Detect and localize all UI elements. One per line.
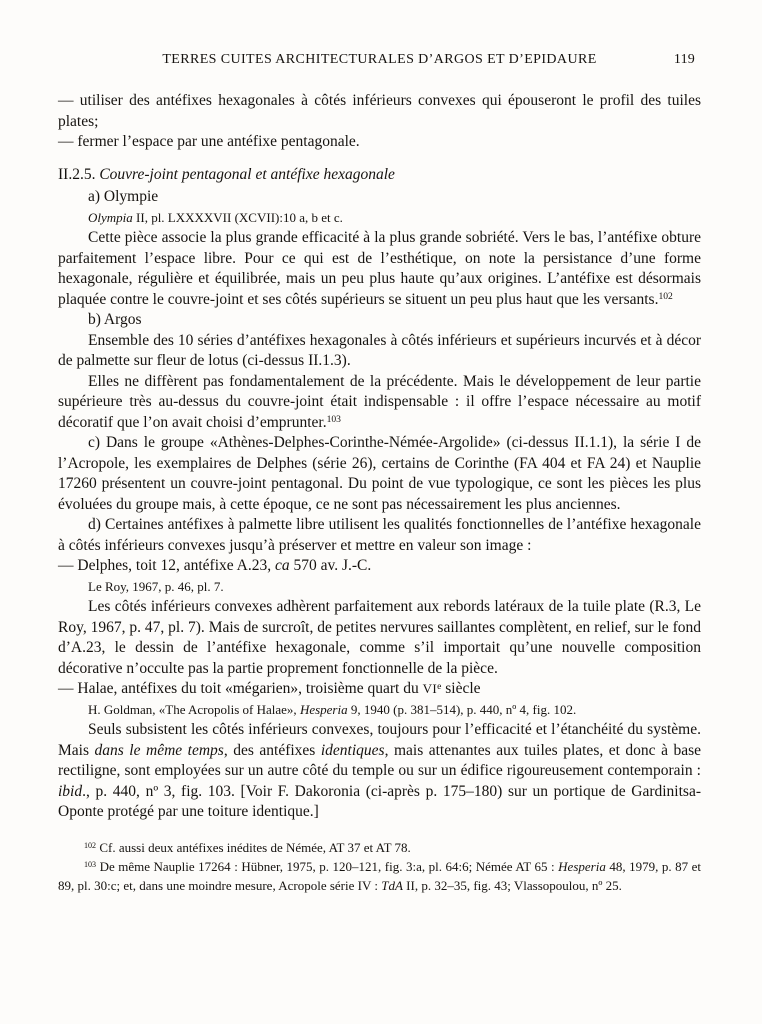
text-run: b) Argos xyxy=(88,311,142,328)
text-run: siècle xyxy=(441,680,480,697)
reference-line: Olympia II, pl. LXXXXVII (XCVII):10 a, b… xyxy=(58,208,701,229)
text-run: — Delphes, toit 12, antéfixe A.23, xyxy=(58,557,275,574)
text-run: Hesperia xyxy=(300,702,348,717)
reference-line: H. Goldman, «The Acropolis of Halae», He… xyxy=(58,700,701,721)
footnote-103: 103 De même Nauplie 17264 : Hübner, 1975… xyxy=(58,857,701,895)
running-title: TERRES CUITES ARCHITECTURALES D’ARGOS ET… xyxy=(162,52,596,68)
superscript-text: 103 xyxy=(84,860,96,869)
text-run: Hesperia xyxy=(558,859,606,874)
superscript-text: 102 xyxy=(84,841,96,850)
text-run: II, p. 32–35, fig. 43; Vlassopoulou, nº … xyxy=(403,878,622,893)
paragraph-body: Ensemble des 10 séries d’antéfixes hexag… xyxy=(58,331,701,372)
superscript-text: e xyxy=(437,681,441,692)
text-run: Les côtés inférieurs convexes adhèrent p… xyxy=(58,598,701,677)
text-run: , des antéfixes xyxy=(224,742,321,759)
paragraph-body: Les côtés inférieurs convexes adhèrent p… xyxy=(58,597,701,679)
footnotes-section: 102 Cf. aussi deux antéfixes inédites de… xyxy=(58,838,701,895)
text-run: De même Nauplie 17264 : Hübner, 1975, p.… xyxy=(96,859,558,874)
page-header: TERRES CUITES ARCHITECTURALES D’ARGOS ET… xyxy=(58,52,701,68)
main-text: — utiliser des antéfixes hexagonales à c… xyxy=(58,91,701,823)
text-run: identiques xyxy=(321,742,385,759)
superscript-text: 102 xyxy=(658,291,672,302)
paragraph-body: d) Certaines antéfixes à palmette libre … xyxy=(58,515,701,556)
text-run: ibid xyxy=(58,783,82,800)
paragraph-dash: — Delphes, toit 12, antéfixe A.23, ca 57… xyxy=(58,556,701,577)
text-run: — Halae, antéfixes du toit «mégarien», t… xyxy=(58,680,423,697)
reference-line: Le Roy, 1967, p. 46, pl. 7. xyxy=(58,577,701,598)
subsection-a: a) Olympie xyxy=(58,187,701,208)
text-run: II, pl. LXXXXVII (XCVII):10 a, b et c. xyxy=(133,210,343,225)
paragraph-dash: — utiliser des antéfixes hexagonales à c… xyxy=(58,91,701,132)
text-run: d) Certaines antéfixes à palmette libre … xyxy=(58,516,701,554)
page-number: 119 xyxy=(674,52,695,68)
text-run: Couvre-joint pentagonal et antéfixe hexa… xyxy=(99,166,395,183)
text-run: ca xyxy=(275,557,290,574)
text-run: Le Roy, 1967, p. 46, pl. 7. xyxy=(88,579,224,594)
text-run: H. Goldman, «The Acropolis of Halae», xyxy=(88,702,300,717)
paragraph-body: Seuls subsistent les côtés inférieurs co… xyxy=(58,720,701,823)
paragraph-body: Cette pièce associe la plus grande effic… xyxy=(58,228,701,310)
text-run: dans le même temps xyxy=(95,742,224,759)
text-run: — utiliser des antéfixes hexagonales à c… xyxy=(58,92,701,130)
text-run: 570 av. J.-C. xyxy=(290,557,372,574)
text-run: II.2.5. xyxy=(58,166,99,183)
text-run: Ensemble des 10 séries d’antéfixes hexag… xyxy=(58,332,701,370)
section-heading: II.2.5. Couvre-joint pentagonal et antéf… xyxy=(58,165,701,186)
text-run: ., p. 440, nº 3, fig. 103. [Voir F. Dako… xyxy=(58,783,701,821)
text-run: — fermer l’espace par une antéfixe penta… xyxy=(58,133,360,150)
text-run: Olympia xyxy=(88,210,133,225)
text-run: Elles ne diffèrent pas fondamentalement … xyxy=(58,373,701,431)
text-column: — utiliser des antéfixes hexagonales à c… xyxy=(58,91,701,895)
subsection-b: b) Argos xyxy=(58,310,701,331)
superscript-text: 103 xyxy=(327,414,341,425)
text-run: c) Dans le groupe «Athènes-Delphes-Corin… xyxy=(58,434,701,513)
text-run: TdA xyxy=(381,878,403,893)
footnote-102: 102 Cf. aussi deux antéfixes inédites de… xyxy=(58,838,701,857)
scanned-book-page: TERRES CUITES ARCHITECTURALES D’ARGOS ET… xyxy=(0,0,762,1024)
text-run: VI xyxy=(423,681,438,696)
paragraph-body: Elles ne diffèrent pas fondamentalement … xyxy=(58,372,701,434)
text-run: Cette pièce associe la plus grande effic… xyxy=(58,229,701,308)
paragraph-dash: — fermer l’espace par une antéfixe penta… xyxy=(58,132,701,153)
paragraph-body: c) Dans le groupe «Athènes-Delphes-Corin… xyxy=(58,433,701,515)
text-run: Cf. aussi deux antéfixes inédites de Ném… xyxy=(96,840,411,855)
text-run: a) Olympie xyxy=(88,188,158,205)
paragraph-dash: — Halae, antéfixes du toit «mégarien», t… xyxy=(58,679,701,700)
text-run: 9, 1940 (p. 381–514), p. 440, nº 4, fig.… xyxy=(348,702,577,717)
